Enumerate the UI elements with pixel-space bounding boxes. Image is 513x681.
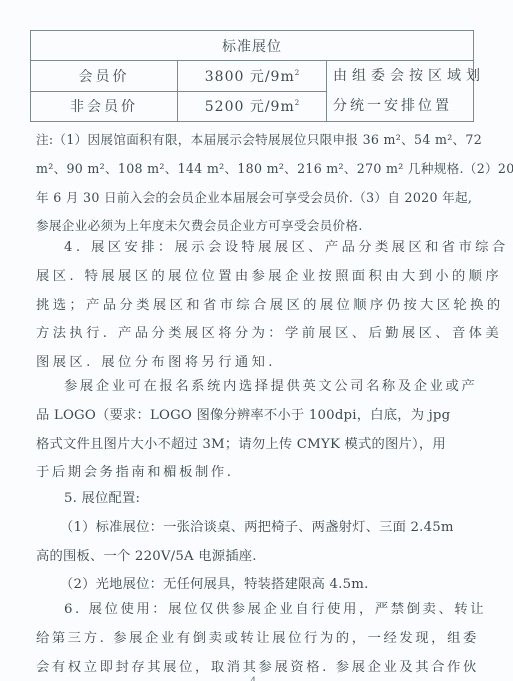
nonmember-price-label: 非会员价 bbox=[31, 91, 178, 122]
section4-line: 4. 展区安排：展示会设特展展区、产品分类展区和省市综合 bbox=[36, 234, 476, 263]
section6-line: 给第三方. 参展企业有倒卖或转让展位行为的，一经发现，组委 bbox=[36, 625, 476, 654]
nonmember-price-text: 5200 元/9m bbox=[205, 99, 295, 115]
section4-line: 方法执行. 产品分类展区将分为：学前展区、后勤展区、音体美 bbox=[36, 320, 476, 349]
notes-line: 注:（1）因展馆面积有限，本届展示会特展展位只限申报 36 m²、54 m²、7… bbox=[36, 126, 476, 155]
section5-title: 5. 展位配置: bbox=[36, 485, 476, 514]
document-page: 标准展位 会员价 3800 元/9m2 由组委会按区域划 分统一安排位置 非会员… bbox=[0, 0, 513, 681]
section-4-exhibition-areas: 4. 展区安排：展示会设特展展区、产品分类展区和省市综合 展区. 特展展区的展位… bbox=[36, 234, 476, 378]
booth-price-table: 标准展位 会员价 3800 元/9m2 由组委会按区域划 分统一安排位置 非会员… bbox=[30, 30, 474, 122]
member-price-value: 3800 元/9m2 bbox=[178, 61, 327, 92]
notes-line: 年 6 月 30 日前入会的会员企业本届展会可享受会员价.（3）自 2020 年… bbox=[36, 184, 476, 213]
unit-superscript: 2 bbox=[295, 69, 299, 77]
logo-paragraph: 参展企业可在报名系统内选择提供英文公司名称及企业或产 品 LOGO（要求：LOG… bbox=[36, 373, 476, 488]
member-price-label: 会员价 bbox=[31, 61, 178, 92]
logo-paragraph-line: 于后期会务指南和楣板制作. bbox=[36, 459, 476, 488]
logo-paragraph-line: 品 LOGO（要求：LOGO 图像分辨率不小于 100dpi，白底，为 jpg bbox=[36, 402, 476, 431]
page-number: 4 bbox=[250, 676, 256, 681]
unit-superscript: 2 bbox=[295, 99, 299, 107]
section-5-booth-configuration: 5. 展位配置: （1）标准展位：一张洽谈桌、两把椅子、两盏射灯、三面 2.45… bbox=[36, 485, 476, 600]
notes-paragraph: 注:（1）因展馆面积有限，本届展示会特展展位只限申报 36 m²、54 m²、7… bbox=[36, 126, 476, 241]
section5-standard-booth-line: 高的围板、一个 220V/5A 电源插座. bbox=[36, 543, 476, 572]
allocation-note-line1: 由组委会按区域划 bbox=[333, 61, 473, 91]
section6-line: 6. 展位使用：展位仅供参展企业自行使用，严禁倒卖、转让 bbox=[36, 596, 476, 625]
notes-line: m²、90 m²、108 m²、144 m²、180 m²、216 m²、270… bbox=[36, 155, 476, 184]
table-header-row: 标准展位 bbox=[31, 31, 474, 61]
table-row: 会员价 3800 元/9m2 由组委会按区域划 分统一安排位置 bbox=[31, 61, 474, 92]
section5-standard-booth-line: （1）标准展位：一张洽谈桌、两把椅子、两盏射灯、三面 2.45m bbox=[36, 514, 476, 543]
nonmember-price-value: 5200 元/9m2 bbox=[178, 91, 327, 122]
member-price-text: 3800 元/9m bbox=[205, 69, 295, 85]
section4-line: 挑选；产品分类展区和省市综合展区的展位顺序仍按大区轮换的 bbox=[36, 292, 476, 321]
section-6-booth-usage: 6. 展位使用：展位仅供参展企业自行使用，严禁倒卖、转让 给第三方. 参展企业有… bbox=[36, 596, 476, 681]
logo-paragraph-line: 格式文件且图片大小不超过 3M；请勿上传 CMYK 模式的图片），用 bbox=[36, 431, 476, 460]
logo-paragraph-line: 参展企业可在报名系统内选择提供英文公司名称及企业或产 bbox=[36, 373, 476, 402]
allocation-note-line2: 分统一安排位置 bbox=[333, 91, 473, 121]
table-header-standard-booth: 标准展位 bbox=[31, 31, 474, 61]
booth-allocation-note: 由组委会按区域划 分统一安排位置 bbox=[327, 61, 474, 122]
section4-line: 展区. 特展展区的展位位置由参展企业按照面积由大到小的顺序 bbox=[36, 263, 476, 292]
